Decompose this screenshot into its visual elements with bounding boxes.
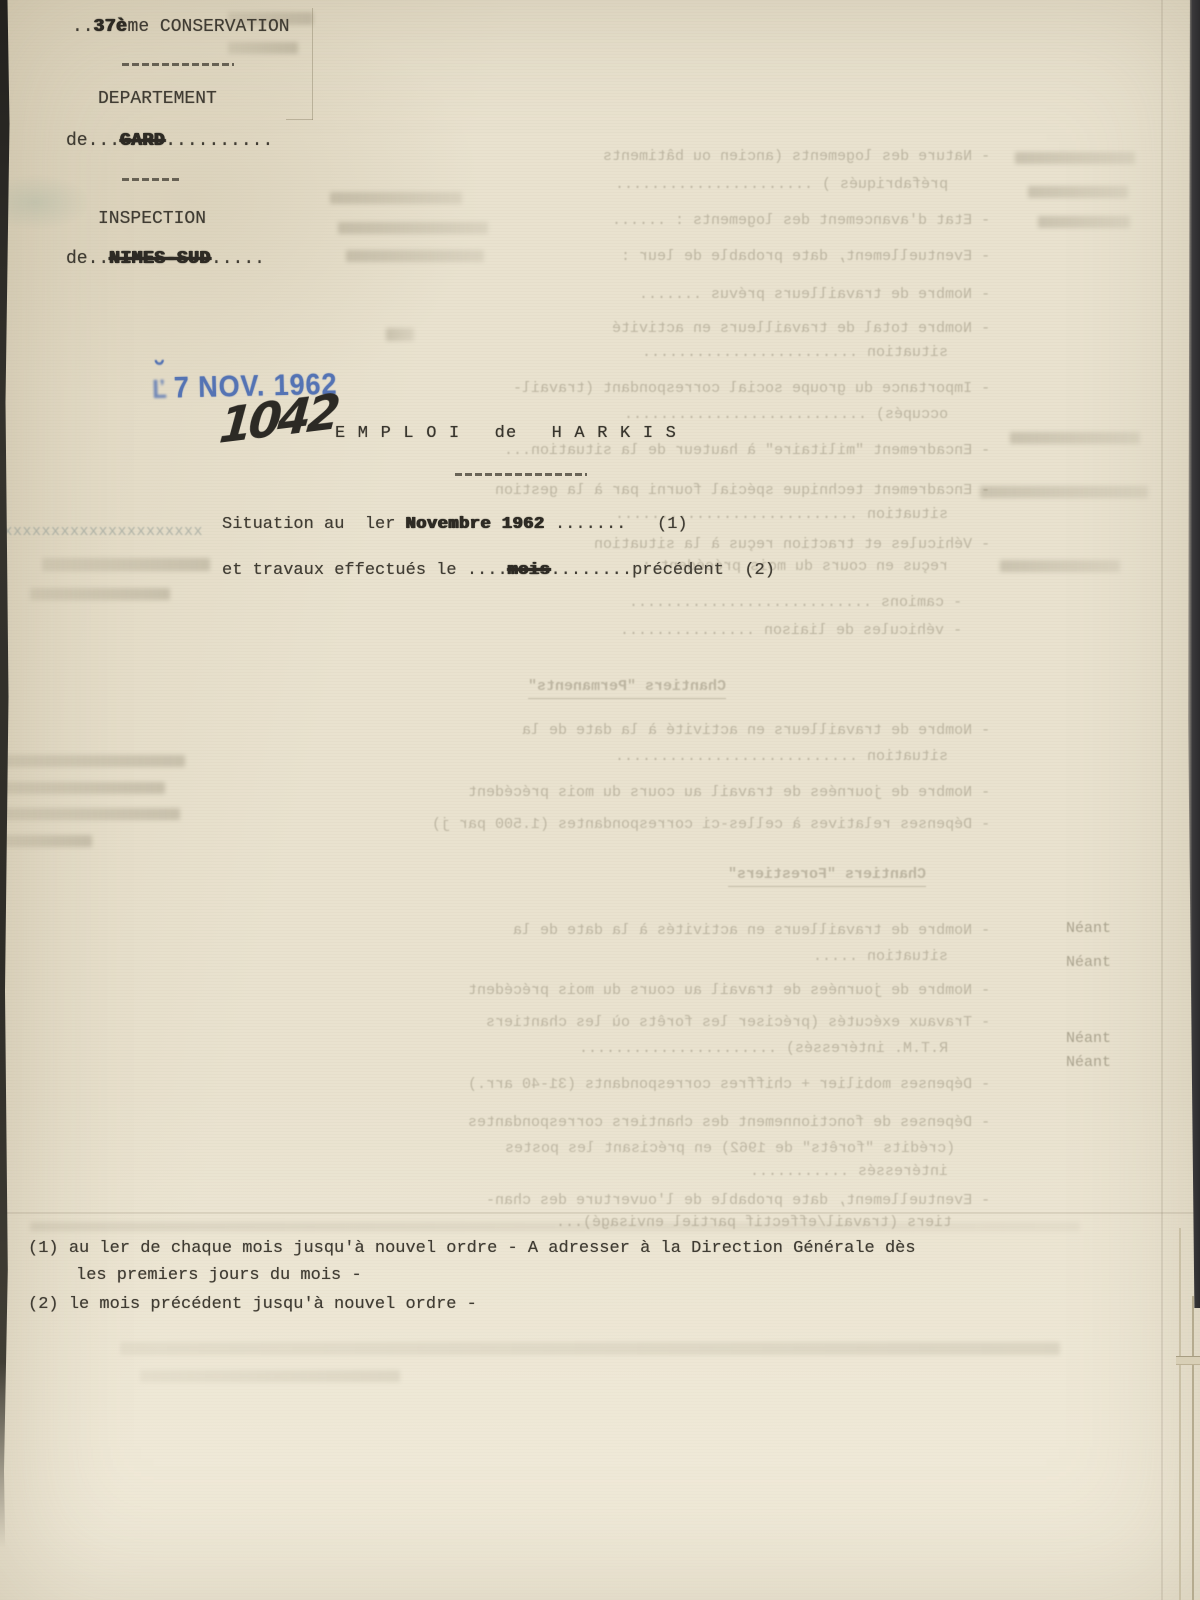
bleedthrough-line: - Nature des logements (ancien ou bâtime… <box>603 148 990 166</box>
ink-bleed-smudge <box>140 1370 400 1382</box>
bleedthrough-line: - véhicules de liaison ............... <box>620 622 962 640</box>
ink-bleed-smudge <box>0 782 165 794</box>
bleedthrough-line: - Importance du groupe social correspond… <box>513 380 990 398</box>
bleedthrough-line: - Dépenses mobilier + chiffres correspon… <box>468 1076 990 1094</box>
inspection-line: de..NIMES-SUD..... <box>66 248 265 270</box>
travaux-prefix: et travaux effectués le <box>222 561 467 580</box>
ink-bleed-smudge <box>330 192 462 204</box>
bleedthrough-line: - Dépenses de fonctionnement des chantie… <box>468 1114 990 1132</box>
ink-bleed-smudge <box>1010 432 1140 444</box>
scan-edge-right <box>1186 0 1200 1308</box>
ink-bleed-smudge <box>1038 216 1130 228</box>
bleedthrough-line: intéressés ........... <box>750 1163 948 1181</box>
ink-bleed-smudge <box>386 328 414 341</box>
ghost-value: Néant <box>1066 920 1111 937</box>
footnote-1: (1) au ler de chaque mois jusqu'à nouvel… <box>28 1238 916 1260</box>
fold-line <box>312 8 313 120</box>
ghost-value: Néant <box>1066 1054 1111 1071</box>
situation-month-value: Novembre 1962 <box>406 515 545 534</box>
paper-notch <box>1176 1356 1200 1365</box>
bleedthrough-line: - Nombre de travailleurs en activité à l… <box>522 722 990 740</box>
bleedthrough-line: - Dépenses relatives à celles-ci corresp… <box>432 816 990 834</box>
travaux-mois-value: mois <box>508 561 551 580</box>
leader-dots: ..... <box>211 249 265 269</box>
footnote-1-text <box>59 1239 69 1258</box>
bleedthrough-heading: Chantiers "Permanents" <box>528 678 726 699</box>
travaux-line: et travaux effectués le ....mois........… <box>222 560 775 582</box>
footnote-2: (2) le mois précédent jusqu'à nouvel ord… <box>28 1294 477 1316</box>
ink-bleed-smudge <box>30 588 170 600</box>
bleedthrough-line: - Encadrement technique spécial fourni p… <box>495 482 990 500</box>
crossed-out-row: xxxxxxxxxxxxxxxxxxxxxx <box>0 523 203 540</box>
bleedthrough-line: situation ........................... <box>615 748 948 766</box>
ink-bleed-smudge <box>0 835 92 847</box>
bleedthrough-line: préfabriqués ) ...................... <box>615 176 948 194</box>
ghost-values-layer: NéantNéantNéantNéant <box>0 0 1200 1600</box>
typed-divider <box>122 178 180 181</box>
departement-value: GARD <box>120 131 165 151</box>
bleedthrough-line: occupés) ........................... <box>624 406 948 424</box>
bleedthrough-line: R.T.M. intéressés) .....................… <box>579 1040 948 1058</box>
underlying-sheet-edge <box>1192 1296 1194 1600</box>
bleedthrough-line: - Nombre de travailleurs en activités à … <box>513 922 990 940</box>
ink-bleed-smudge <box>980 486 1148 498</box>
scanned-document-page: - Nature des logements (ancien ou bâtime… <box>0 0 1200 1600</box>
bleedthrough-line: - Véhicules et traction reçus à la situa… <box>594 536 990 554</box>
bleedthrough-line: - Etat d'avancement des logements : ....… <box>612 212 990 230</box>
footnote-1-body: au ler de chaque mois jusqu'à nouvel ord… <box>69 1239 916 1258</box>
bleedthrough-line: - camions ........................... <box>629 594 962 612</box>
bleedthrough-line: - Encadrement "militaire" à hauteur de l… <box>504 442 990 460</box>
situation-prefix: Situation au ler <box>222 515 406 534</box>
inspection-label: INSPECTION <box>98 208 206 230</box>
leader-dots: ........ <box>550 561 632 580</box>
title-underline <box>455 473 587 476</box>
bleedthrough-line: - Travaux exécutés (préciser les forêts … <box>486 1014 990 1032</box>
underlying-sheet-edge <box>1179 1228 1181 1600</box>
bleedthrough-line: - Nombre de travailleurs prévus ....... <box>639 286 990 304</box>
ink-bleed-smudge <box>1015 152 1135 164</box>
leader-dots: .... <box>467 561 508 580</box>
bleedthrough-line: situation ..... <box>813 948 948 966</box>
bleedthrough-line: situation ........................ <box>642 344 948 362</box>
bleedthrough-line: (crédits "forêts" de 1962) en précisant … <box>505 1140 955 1158</box>
leader-dots: .......... <box>165 131 273 151</box>
leader-dots: ....... <box>545 515 627 534</box>
fold-line <box>286 119 313 120</box>
departement-line: de...GARD.......... <box>66 130 273 152</box>
document-title: E M P L O I de H A R K I S <box>335 424 677 443</box>
conservation-number: 37è <box>94 17 128 37</box>
footnote-2-text <box>59 1295 69 1314</box>
ink-bleed-smudge <box>0 755 185 767</box>
conservation-label: me CONSERVATION <box>128 17 290 37</box>
typed-divider <box>122 63 234 66</box>
color-stain <box>0 175 90 230</box>
stamp-partial-glyph: Ľ <box>152 374 168 404</box>
travaux-suffix: précédent <box>632 561 724 580</box>
bleedthrough-line: - Nombre de journées de travail au cours… <box>468 982 990 1000</box>
ink-bleed-smudge <box>0 808 180 820</box>
bleedthrough-line: - Eventuellement, date probable de l'ouv… <box>486 1192 990 1210</box>
footnote-ref-2: (2) <box>724 561 775 580</box>
footnote-ref-1: (1) <box>626 515 687 534</box>
departement-label: DEPARTEMENT <box>98 88 217 110</box>
footnote-1-number: (1) <box>28 1239 59 1258</box>
bleedthrough-heading: Chantiers "Forestiers" <box>728 866 926 887</box>
ink-bleed-smudge <box>42 558 210 571</box>
ink-bleed-smudge <box>120 1342 1060 1355</box>
footnote-1-continuation: les premiers jours du mois - <box>76 1265 362 1287</box>
situation-line: Situation au ler Novembre 1962 ....... (… <box>222 514 688 536</box>
ink-bleed-smudge <box>228 42 298 54</box>
bleedthrough-line: - Eventuellement, date probable de leur … <box>621 248 990 266</box>
document-header-conservation: ..37ème CONSERVATION <box>72 16 290 38</box>
bleedthrough-line: - Nombre de journées de travail au cours… <box>468 784 990 802</box>
paper-crease <box>0 1212 1200 1214</box>
inspection-value: NIMES-SUD <box>109 249 211 269</box>
leader-dots: .. <box>72 17 94 37</box>
ghost-value: Néant <box>1066 1030 1111 1047</box>
bleedthrough-line: - Nombre total de travailleurs en activi… <box>612 320 990 338</box>
footnote-2-number: (2) <box>28 1295 59 1314</box>
departement-prefix: de... <box>66 131 120 151</box>
footnote-2-body: le mois précédent jusqu'à nouvel ordre - <box>69 1295 477 1314</box>
ghost-value: Néant <box>1066 954 1111 971</box>
ink-bleed-smudge <box>30 1222 1080 1231</box>
bleedthrough-layer: - Nature des logements (ancien ou bâtime… <box>0 0 1200 1600</box>
scan-edge-left <box>0 0 10 1548</box>
inspection-prefix: de.. <box>66 249 109 269</box>
ink-bleed-smudge <box>1000 560 1120 572</box>
ink-bleed-smudge <box>338 222 488 234</box>
paper-crease <box>1161 0 1163 1600</box>
ink-bleed-smudge <box>346 250 484 262</box>
ink-bleed-smudge <box>1028 186 1128 198</box>
